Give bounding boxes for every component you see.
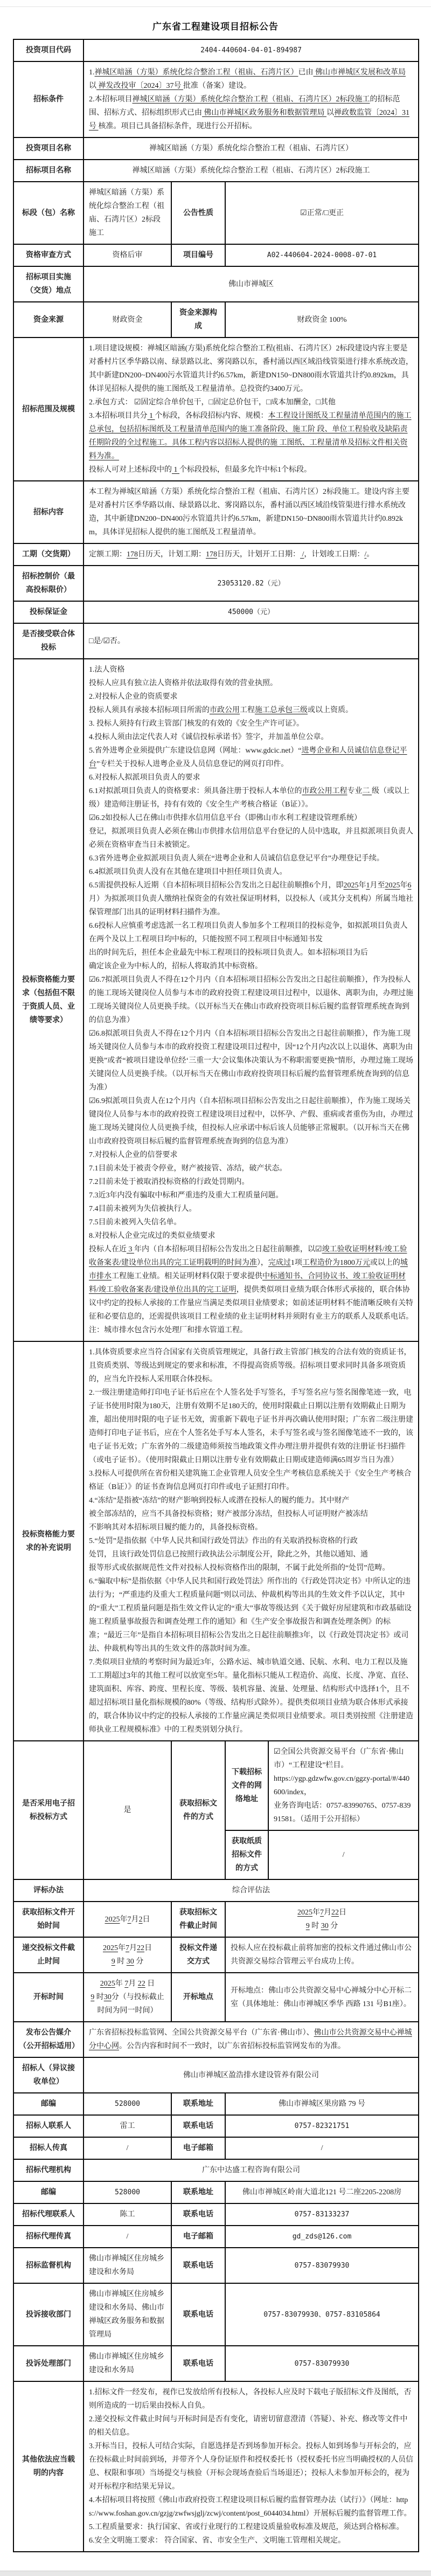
control-price-label: 招标控制价（最高投标限价） <box>13 566 84 601</box>
table-row-conditions: 招标条件 1.禅城区暗涵（方渠）系统化综合整治工程（祖庙、石湾片区）已由 佛山市… <box>13 61 419 137</box>
tenderer-email-value: / <box>225 2137 419 2159</box>
funding-value: 财政资金 <box>84 302 171 338</box>
tenderer-email-label: 电子邮箱 <box>171 2137 225 2159</box>
table-row-doc-time: 获取招标文件开始时间 2025年7月2日 获取招标文件截止时间 2025年7月2… <box>13 1902 419 1937</box>
complaint-handle-value: 佛山市禅城区住房城乡建设和水务局 <box>84 2346 171 2381</box>
table-row-agency: 招标代理机构 广东中达盛工程咨询有限公司 <box>13 2159 419 2181</box>
tenderer-address-label: 联系地址 <box>171 2093 225 2115</box>
submission-deadline-label: 递交投标文件截止时间 <box>13 1937 84 1973</box>
doc-deadline-value: 2025年7月22日9 时 30 分 <box>225 1902 419 1937</box>
supervisor-label: 招标监督机构 <box>13 2248 84 2283</box>
funding-composition-label: 资金来源构成 <box>171 302 225 338</box>
prequalify-label: 资格审查方式 <box>13 244 84 266</box>
tender-name-value: 禅城区暗涵（方渠）系统化综合整治工程（祖庙、石湾片区）2标段施工 <box>84 160 419 182</box>
agency-zip-label: 邮编 <box>13 2181 84 2203</box>
tenderer-phone-label: 联系电话 <box>171 2115 225 2137</box>
tenderer-address-value: 佛山市禅城区果房路 79 号 <box>225 2093 419 2115</box>
agency-address-value: 佛山市禅城区岭南大道北121 号二座2205-2208房 <box>225 2181 419 2203</box>
location-value: 佛山市禅城区 <box>84 266 419 302</box>
tenderer-phone-value: 0757-82321751 <box>225 2115 419 2137</box>
media-label: 发布公告媒介（公开招标适用） <box>13 2022 84 2057</box>
agency-fax-label: 招标代理传真 <box>13 2226 84 2248</box>
opening-time-value: 2025年 7月 22 日9 时30分（与投标截止时间为同一时间） <box>84 1973 171 2022</box>
tender-name-label: 招标项目名称 <box>13 160 84 182</box>
table-row-tenderer-zip: 邮编 528000 联系地址 佛山市禅城区果房路 79 号 <box>13 2093 419 2115</box>
paper-doc-label: 获取纸质招标文件的方式 <box>225 1830 268 1879</box>
doc-start-value: 2025年7月2日 <box>84 1902 171 1937</box>
e-bidding-label: 是否采用电子招标投标方式 <box>13 1741 84 1879</box>
project-code-value: 2404-440604-04-01-894987 <box>84 39 419 61</box>
announcement-page: 广东省工程建设项目招标公告 投资项目代码 2404-440604-04-01-8… <box>0 0 431 2571</box>
media-value: 广东省招标投标监管网、全国公共资源交易平台（广东省·佛山市）、佛山市公共资源交易… <box>84 2022 419 2057</box>
supervisor-phone-label: 联系电话 <box>171 2248 225 2283</box>
table-row-complaint-handle: 投诉处理部门 佛山市禅城区住房城乡建设和水务局 联系电话 0757-830799… <box>13 2346 419 2381</box>
tenderer-value: 佛山市禅城区盈浩排水建设管养有限公司 <box>84 2057 419 2093</box>
table-row-location: 招标项目实施（交货）地点 佛山市禅城区 <box>13 266 419 302</box>
section-value: 禅城区暗涵（方渠）系统化综合整治工程（祖庙、石湾片区）2标段施工 <box>84 182 171 244</box>
tenderer-fax-label: 招标人传真 <box>13 2137 84 2159</box>
qualification-supplement-label: 投标资格能力要求的补充说明 <box>13 1341 84 1741</box>
agency-fax-value: / <box>84 2226 171 2248</box>
tenderer-fax-value: / <box>84 2137 171 2159</box>
project-number-value: A02-440604-2024-0008-07-01 <box>225 244 419 266</box>
content-label: 招标内容 <box>13 481 84 543</box>
table-row-e-bidding: 是否采用电子招标投标方式 是 获取招标文件的方式 下载招标文件的网络地址 ☑全国… <box>13 1741 419 1830</box>
agency-label: 招标代理机构 <box>13 2159 84 2181</box>
agency-phone-label: 联系电话 <box>171 2203 225 2226</box>
table-row-scope: 招标范围及规模 1.项目建设规模：禅城区暗涵(方渠)系统化综合整治工程(祖庙、石… <box>13 338 419 481</box>
page-bottom-bar <box>0 2571 431 2576</box>
submission-deadline-value: 2025年7月22日9 时 30 分 <box>84 1937 171 1973</box>
table-row-agency-zip: 邮编 528000 联系地址 佛山市禅城区岭南大道北121 号二座2205-22… <box>13 2181 419 2203</box>
table-row-agency-contact: 招标代理联系人 陈工 联系电话 0757-83133237 <box>13 2203 419 2226</box>
bid-bond-value: 450000（元） <box>84 601 419 623</box>
table-row-tenderer-contact: 招标人联系人 雷工 联系电话 0757-82321751 <box>13 2115 419 2137</box>
doc-start-label: 获取招标文件开始时间 <box>13 1902 84 1937</box>
complaint-receive-phone-label: 联系电话 <box>171 2283 225 2346</box>
agency-contact-label: 招标代理联系人 <box>13 2203 84 2226</box>
funding-composition-value: 财政资金 100% <box>225 302 419 338</box>
tenderer-contact-label: 招标人联系人 <box>13 2115 84 2137</box>
complaint-handle-phone-value: 0757-83079930 <box>225 2346 419 2381</box>
consortium-value: □是/☑否。 <box>84 623 419 659</box>
notice-nature-label: 公告性质 <box>171 182 225 244</box>
table-row-other: 其他依法应当载明的内容 1.招标文件一经发布，视作已发放给所有投标人，各投标人应… <box>13 2381 419 2552</box>
table-row-duration: 工期（交货期） 定额工期：178日历天，计划工期：178日历天，计划开工日期： … <box>13 543 419 566</box>
agency-value: 广东中达盛工程咨询有限公司 <box>84 2159 419 2181</box>
table-row-project-code: 投资项目代码 2404-440604-04-01-894987 <box>13 39 419 61</box>
table-row-qualification-supplement: 投标资格能力要求的补充说明 1.具体资质要求应当符合国家有关资质管理规定，具备行… <box>13 1341 419 1741</box>
table-row-submission: 递交投标文件截止时间 2025年7月22日9 时 30 分 投标文件递交方式 投… <box>13 1937 419 1973</box>
agency-contact-value: 陈工 <box>84 2203 171 2226</box>
page-title: 广东省工程建设项目招标公告 <box>0 19 431 32</box>
notice-nature-value: ☑正常/□更正 <box>225 182 419 244</box>
table-row-control-price: 招标控制价（最高投标限价） 23053120.82（元） <box>13 566 419 601</box>
prequalify-value: 资格后审 <box>84 244 171 266</box>
supervisor-value: 佛山市禅城区住房城乡建设和水务局 <box>84 2248 171 2283</box>
duration-value: 定额工期：178日历天，计划工期：178日历天，计划开工日期： /，计划竣工日期… <box>84 543 419 566</box>
tenderer-contact-value: 雷工 <box>84 2115 171 2137</box>
project-number-label: 项目编号 <box>171 244 225 266</box>
tenderer-label: 招标人（异议接收单位） <box>13 2057 84 2093</box>
scope-value: 1.项目建设规模：禅城区暗涵(方渠)系统化综合整治工程(祖庙、石湾片区）2标段建… <box>84 338 419 481</box>
table-row-opening: 开标时间 2025年 7月 22 日9 时30分（与投标截止时间为同一时间） 开… <box>13 1973 419 2022</box>
table-row-content: 招标内容 本工程为禅城区暗涵（方渠）系统化综合整治工程（祖庙、石湾片区）2标段施… <box>13 481 419 543</box>
control-price-value: 23053120.82（元） <box>84 566 419 601</box>
table-row-tenderer: 招标人（异议接收单位） 佛山市禅城区盈浩排水建设管养有限公司 <box>13 2057 419 2093</box>
agency-email-label: 电子邮箱 <box>171 2226 225 2248</box>
qualification-label: 投标资格能力要求（包括但不限于资质人员、业绩等要求） <box>13 659 84 1341</box>
bid-bond-label: 投标保证金 <box>13 601 84 623</box>
table-row-agency-fax: 招标代理传真 / 电子邮箱 gd_zds@126.com <box>13 2226 419 2248</box>
supervisor-phone-value: 0757-83079930 <box>225 2248 419 2283</box>
tenderer-zip-value: 528000 <box>84 2093 171 2115</box>
table-row-invest-name: 投资项目名称 禅城区暗涵（方渠）系统化综合整治工程（祖庙、石湾片区） <box>13 137 419 160</box>
table-row-supervisor: 招标监督机构 佛山市禅城区住房城乡建设和水务局 联系电话 0757-830799… <box>13 2248 419 2283</box>
opening-place-label: 开标地点 <box>171 1973 225 2022</box>
agency-address-label: 联系地址 <box>171 2181 225 2203</box>
complaint-receive-value: 佛山市禅城区住房城乡建设和水务局、佛山市禅城区政务服务和数据管理局 <box>84 2283 171 2346</box>
scope-label: 招标范围及规模 <box>13 338 84 481</box>
submission-method-label: 投标文件递交方式 <box>171 1937 225 1973</box>
table-row-media: 发布公告媒介（公开招标适用） 广东省招标投标监管网、全国公共资源交易平台（广东省… <box>13 2022 419 2057</box>
doc-deadline-label: 获取招标文件截止时间 <box>171 1902 225 1937</box>
conditions-label: 招标条件 <box>13 61 84 137</box>
complaint-receive-phone-value: 0757-83079930、0757-83105864 <box>225 2283 419 2346</box>
table-row-tenderer-fax: 招标人传真 / 电子邮箱 / <box>13 2137 419 2159</box>
download-url-label: 下载招标文件的网络地址 <box>225 1741 268 1830</box>
opening-place-value: 开标地点：佛山市公共资源交易中心禅城分中心开标二室（具体地址：佛山市禅城区季华 … <box>225 1973 419 2022</box>
location-label: 招标项目实施（交货）地点 <box>13 266 84 302</box>
announcement-table: 投资项目代码 2404-440604-04-01-894987 招标条件 1.禅… <box>13 39 419 2552</box>
table-row-tender-name: 招标项目名称 禅城区暗涵（方渠）系统化综合整治工程（祖庙、石湾片区）2标段施工 <box>13 160 419 182</box>
e-bidding-value: 是 <box>84 1741 171 1879</box>
agency-email-value: gd_zds@126.com <box>225 2226 419 2248</box>
conditions-value: 1.禅城区暗涵（方渠）系统化综合整治工程（祖庙、石湾片区）已由 佛山市禅城区发展… <box>84 61 419 137</box>
content-value: 本工程为禅城区暗涵（方渠）系统化综合整治工程（祖庙、石湾片区）2标段施工。建设内… <box>84 481 419 543</box>
qualification-value: 1.法人资格投标人应具有独立法人资格并依法取得有效的营业执照。2.对投标人企业的… <box>84 659 419 1341</box>
evaluation-label: 评标办法 <box>13 1879 84 1902</box>
project-code-label: 投资项目代码 <box>13 39 84 61</box>
agency-phone-value: 0757-83133237 <box>225 2203 419 2226</box>
bottom-gap <box>0 2552 431 2571</box>
agency-zip-value: 528000 <box>84 2181 171 2203</box>
other-value: 1.招标文件一经发布，视作已发放给所有投标人，各投标人应及时下载电子版招标文件及… <box>84 2381 419 2552</box>
table-row-section: 标段（包）名称 禅城区暗涵（方渠）系统化综合整治工程（祖庙、石湾片区）2标段施工… <box>13 182 419 244</box>
complaint-receive-label: 投诉接收部门 <box>13 2283 84 2346</box>
evaluation-value: 综合评估法 <box>84 1879 419 1902</box>
table-row-qualification: 投标资格能力要求（包括但不限于资质人员、业绩等要求） 1.法人资格投标人应具有独… <box>13 659 419 1341</box>
paper-doc-value: / <box>268 1830 419 1879</box>
table-row-funding: 资金来源 财政资金 资金来源构成 财政资金 100% <box>13 302 419 338</box>
submission-method-value: 投标人应在投标截止前将加密的投标文件通过佛山市公共资源交易综合管理云平台成功上传… <box>225 1937 419 1973</box>
other-label: 其他依法应当载明的内容 <box>13 2381 84 2552</box>
table-row-complaint-receive: 投诉接收部门 佛山市禅城区住房城乡建设和水务局、佛山市禅城区政务服务和数据管理局… <box>13 2283 419 2346</box>
table-row-evaluation: 评标办法 综合评估法 <box>13 1879 419 1902</box>
table-row-consortium: 是否接受联合体投标 □是/☑否。 <box>13 623 419 659</box>
tenderer-zip-label: 邮编 <box>13 2093 84 2115</box>
opening-time-label: 开标时间 <box>13 1973 84 2022</box>
section-label: 标段（包）名称 <box>13 182 84 244</box>
doc-obtain-method-label: 获取招标文件的方式 <box>171 1741 225 1879</box>
invest-name-label: 投资项目名称 <box>13 137 84 160</box>
duration-label: 工期（交货期） <box>13 543 84 566</box>
funding-label: 资金来源 <box>13 302 84 338</box>
page-top-divider <box>0 0 431 7</box>
table-row-bid-bond: 投标保证金 450000（元） <box>13 601 419 623</box>
download-url-value: ☑全国公共资源交易平台（广东省·佛山市）“工程建设”栏目。https://ygp… <box>268 1741 419 1830</box>
invest-name-value: 禅城区暗涵（方渠）系统化综合整治工程（祖庙、石湾片区） <box>84 137 419 160</box>
qualification-supplement-value: 1.具体资质要求应当符合国家有关资质管理规定，具备行政主管部门核发的合法有效的资… <box>84 1341 419 1741</box>
consortium-label: 是否接受联合体投标 <box>13 623 84 659</box>
complaint-handle-label: 投诉处理部门 <box>13 2346 84 2381</box>
table-row-prequalify: 资格审查方式 资格后审 项目编号 A02-440604-2024-0008-07… <box>13 244 419 266</box>
complaint-handle-phone-label: 联系电话 <box>171 2346 225 2381</box>
